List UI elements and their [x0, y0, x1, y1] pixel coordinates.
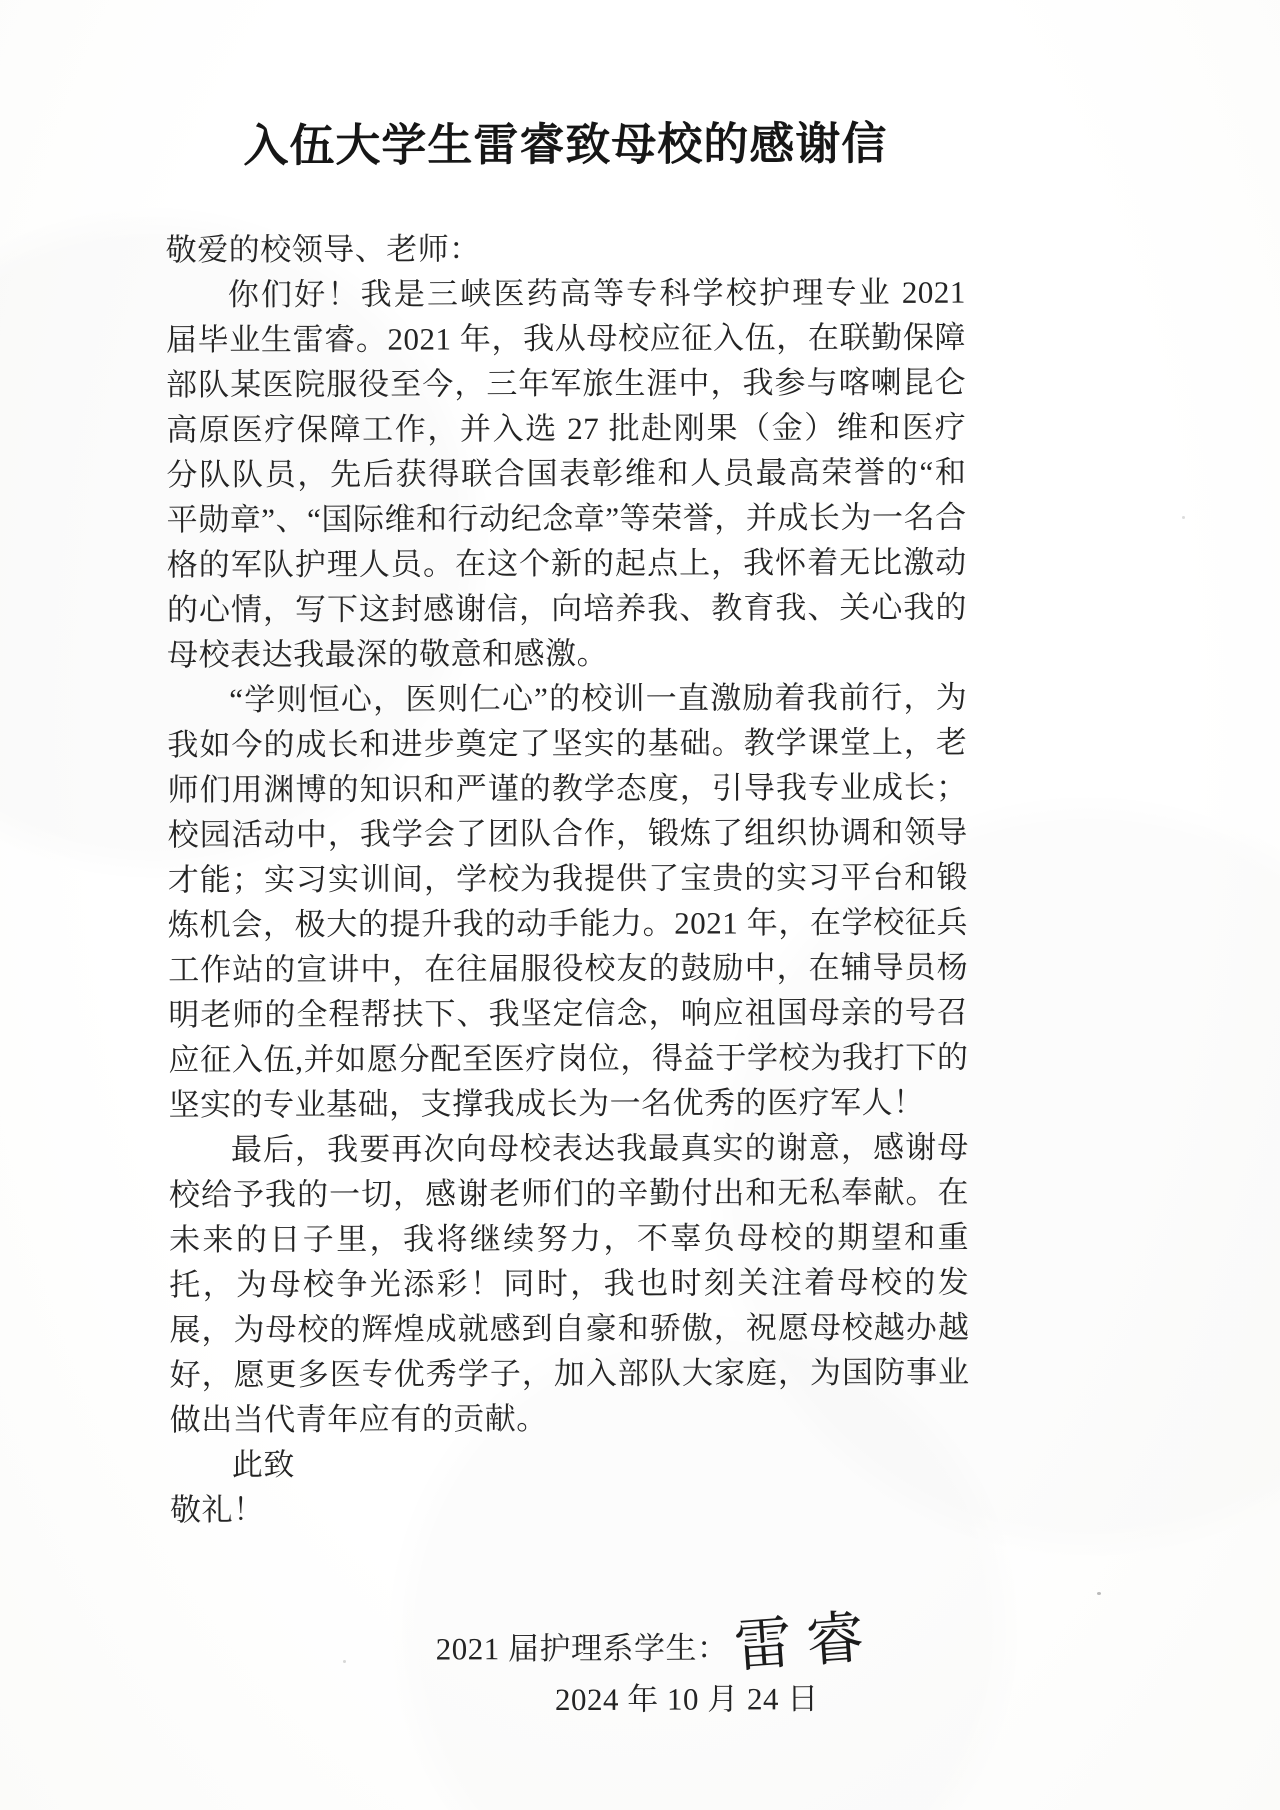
letter-salutation: 敬爱的校领导、老师：	[166, 225, 966, 273]
letter-date: 2024 年 10 月 24 日	[555, 1674, 819, 1725]
letter-paragraph-2: “学则恒心，医则仁心”的校训一直激励着我前行，为我如今的成长和进步奠定了坚实的基…	[167, 675, 969, 1128]
scan-artifact	[343, 1660, 346, 1663]
scan-artifact	[1097, 1592, 1101, 1595]
handwritten-signature: 雷睿	[732, 1611, 879, 1673]
date-row: 2024 年 10 月 24 日	[171, 1674, 971, 1727]
closing-cima: 此致	[170, 1440, 970, 1488]
scanned-letter-page: 入伍大学生雷睿致母校的感谢信 敬爱的校领导、老师： 你们好！我是三峡医药高等专科…	[0, 0, 1280, 1810]
signature-row: 2021 届护理系学生： 雷睿	[170, 1622, 970, 1677]
signature-label: 2021 届护理系学生：	[436, 1622, 729, 1675]
letter-paragraph-1: 你们好！我是三峡医药高等专科学校护理专业 2021 届毕业生雷睿。2021 年，…	[166, 270, 967, 678]
letter-title: 入伍大学生雷睿致母校的感谢信	[165, 117, 965, 174]
scan-artifact	[1182, 516, 1185, 519]
closing-salute: 敬礼！	[170, 1485, 970, 1533]
letter-content: 入伍大学生雷睿致母校的感谢信 敬爱的校领导、老师： 你们好！我是三峡医药高等专科…	[165, 117, 971, 1727]
letter-paragraph-3: 最后，我要再次向母校表达我最真实的谢意，感谢母校给予我的一切，感谢老师们的辛勤付…	[169, 1125, 970, 1443]
